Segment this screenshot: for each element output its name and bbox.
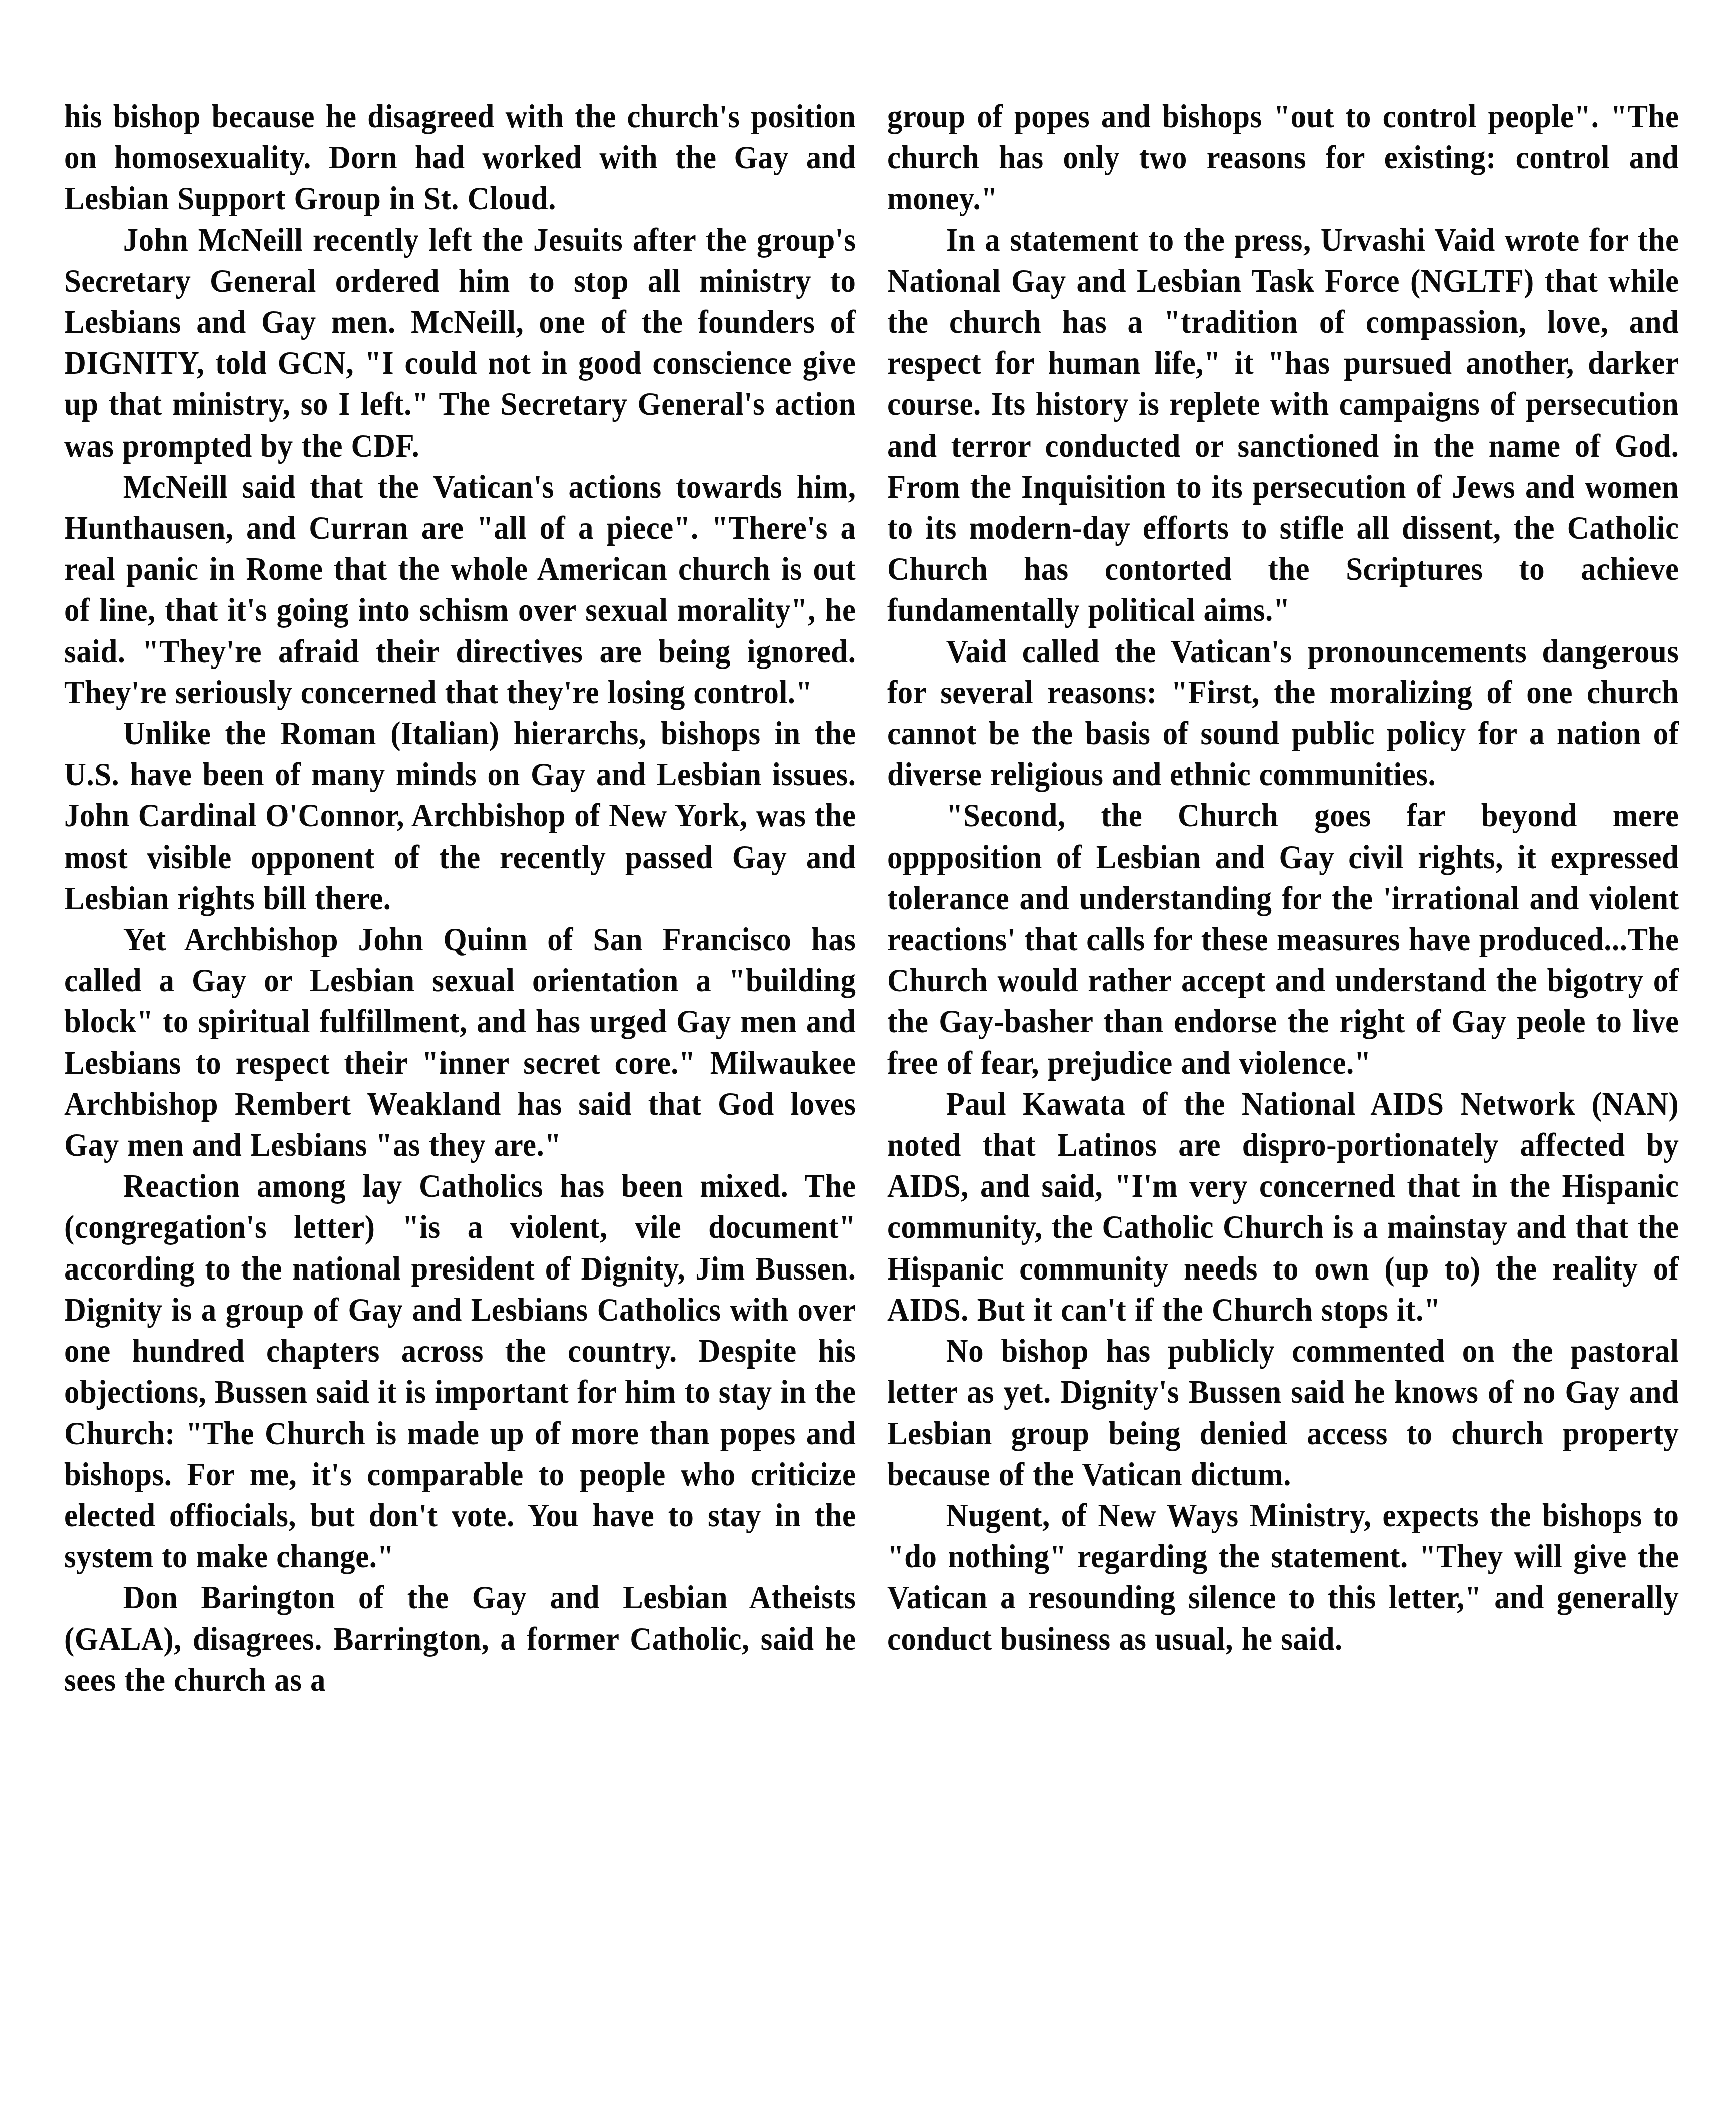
right-column: group of popes and bishops "out to contr…	[887, 96, 1679, 1660]
paragraph: Paul Kawata of the National AIDS Network…	[887, 1084, 1679, 1331]
paragraph: his bishop because he disagreed with the…	[64, 96, 856, 220]
paragraph: Yet Archbishop John Quinn of San Francis…	[64, 919, 856, 1166]
paragraph: group of popes and bishops "out to contr…	[887, 96, 1679, 220]
document-page: his bishop because he disagreed with the…	[0, 0, 1736, 2127]
paragraph: No bishop has publicly commented on the …	[887, 1331, 1679, 1495]
paragraph: "Second, the Church goes far beyond mere…	[887, 795, 1679, 1083]
paragraph: John McNeill recently left the Jesuits a…	[64, 220, 856, 467]
paragraph: Vaid called the Vatican's pronouncements…	[887, 631, 1679, 796]
left-column: his bishop because he disagreed with the…	[64, 96, 856, 1701]
paragraph: Unlike the Roman (Italian) hierarchs, bi…	[64, 713, 856, 919]
paragraph: Nugent, of New Ways Ministry, expects th…	[887, 1495, 1679, 1660]
paragraph: McNeill said that the Vatican's actions …	[64, 467, 856, 713]
paragraph: Reaction among lay Catholics has been mi…	[64, 1166, 856, 1577]
paragraph: Don Barington of the Gay and Lesbian Ath…	[64, 1577, 856, 1701]
paragraph: In a statement to the press, Urvashi Vai…	[887, 220, 1679, 631]
